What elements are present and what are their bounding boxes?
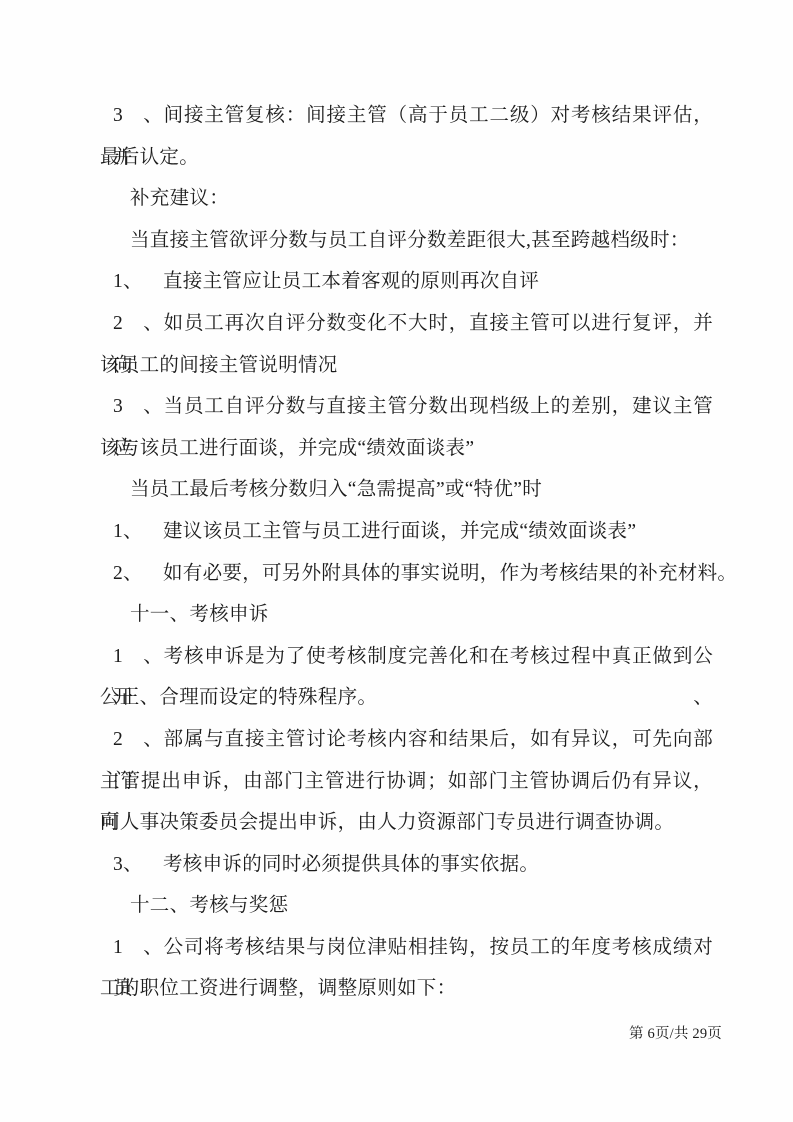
document-line: 2、如有必要，可另外附具体的事实说明，作为考核结果的补充材料。: [100, 553, 713, 595]
line-text: 公正、合理而设定的特殊程序。: [100, 687, 377, 708]
line-text: 十一、考核申诉: [130, 604, 269, 625]
list-number: 1、: [113, 636, 163, 678]
document-line: 1、直接主管应让员工本着客观的原则再次自评: [100, 261, 713, 303]
list-number: 3、: [113, 386, 163, 428]
document-line: 3、间接主管复核：间接主管（高于员工二级）对考核结果评估，并: [100, 95, 713, 137]
document-line: 1、公司将考核结果与岗位津贴相挂钩，按员工的年度考核成绩对员: [100, 927, 713, 969]
document-line: 3、当员工自评分数与直接主管分数出现档级上的差别，建议主管应: [100, 386, 713, 428]
line-text: 该与该员工进行面谈，并完成“绩效面谈表”: [100, 438, 474, 459]
line-text: 考核申诉的同时必须提供具体的事实依据。: [163, 854, 539, 875]
document-line: 十一、考核申诉: [100, 594, 713, 636]
line-text: 当员工最后考核分数归入“急需提高”或“特优”时: [130, 479, 542, 500]
list-number: 3、: [113, 844, 163, 886]
list-number: 3、: [113, 95, 163, 137]
document-line: 主管提出申诉，由部门主管进行协调；如部门主管协调后仍有异议，可: [100, 761, 713, 803]
document-line: 当员工最后考核分数归入“急需提高”或“特优”时: [100, 469, 713, 511]
list-number: 2、: [113, 553, 163, 595]
line-text: 工的职位工资进行调整，调整原则如下：: [100, 978, 456, 999]
document-page: 3、间接主管复核：间接主管（高于员工二级）对考核结果评估，并最后认定。补充建议：…: [0, 0, 793, 1122]
document-line: 2、部属与直接主管讨论考核内容和结果后，如有异议，可先向部门: [100, 719, 713, 761]
document-line: 3、考核申诉的同时必须提供具体的事实依据。: [100, 844, 713, 886]
line-text: 直接主管应让员工本着客观的原则再次自评: [163, 271, 539, 292]
line-text: 十二、考核与奖惩: [130, 895, 288, 916]
list-number: 2、: [113, 303, 163, 345]
document-line: 该员工的间接主管说明情况: [100, 345, 713, 387]
line-text: 该员工的间接主管说明情况: [100, 355, 338, 376]
document-line: 十二、考核与奖惩: [100, 885, 713, 927]
document-line: 最后认定。: [100, 137, 713, 179]
document-line: 该与该员工进行面谈，并完成“绩效面谈表”: [100, 428, 713, 470]
list-number: 1、: [113, 511, 163, 553]
line-text: 最后认定。: [100, 147, 199, 168]
document-line: 工的职位工资进行调整，调整原则如下：: [100, 968, 713, 1010]
line-text: 如有必要，可另外附具体的事实说明，作为考核结果的补充材料。: [163, 563, 737, 584]
document-line: 补充建议：: [100, 178, 713, 220]
document-line: 2、如员工再次自评分数变化不大时，直接主管可以进行复评，并向: [100, 303, 713, 345]
line-text: 向人事决策委员会提出申诉，由人力资源部门专员进行调查协调。: [100, 812, 674, 833]
list-number: 1、: [113, 261, 163, 303]
document-line: 向人事决策委员会提出申诉，由人力资源部门专员进行调查协调。: [100, 802, 713, 844]
line-text: 建议该员工主管与员工进行面谈，并完成“绩效面谈表”: [163, 521, 636, 542]
list-number: 2、: [113, 719, 163, 761]
list-number: 1、: [113, 927, 163, 969]
line-text: 补充建议：: [130, 188, 229, 209]
page-number: 第 6页/共 29页: [629, 1026, 722, 1042]
document-line: 1、考核申诉是为了使考核制度完善化和在考核过程中真正做到公开、: [100, 636, 713, 678]
document-line: 当直接主管欲评分数与员工自评分数差距很大,甚至跨越档级时：: [100, 220, 713, 262]
document-body: 3、间接主管复核：间接主管（高于员工二级）对考核结果评估，并最后认定。补充建议：…: [100, 95, 713, 1010]
line-text: 当直接主管欲评分数与员工自评分数差距很大,甚至跨越档级时：: [130, 230, 690, 251]
document-line: 1、建议该员工主管与员工进行面谈，并完成“绩效面谈表”: [100, 511, 713, 553]
